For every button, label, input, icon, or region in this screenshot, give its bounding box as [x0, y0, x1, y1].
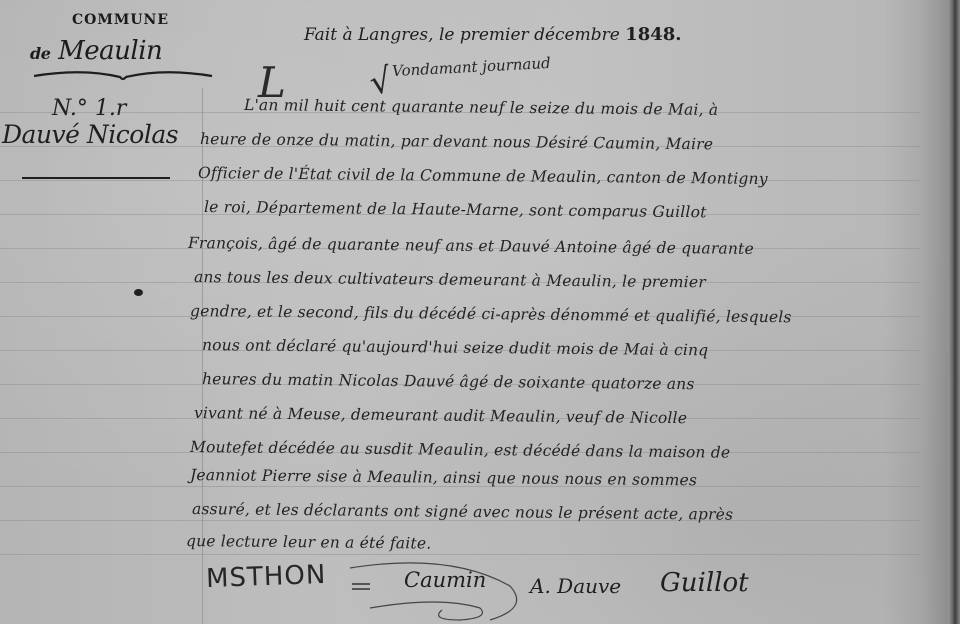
body-line: heures du matin Nicolas Dauvé âgé de soi…	[202, 370, 695, 393]
page-binding	[948, 0, 960, 624]
ink-blot	[134, 289, 143, 296]
body-line: que lecture leur en a été faite.	[186, 532, 432, 553]
ornament-divider-icon	[32, 70, 214, 84]
body-line: le roi, Département de la Haute-Marne, s…	[204, 198, 707, 221]
deceased-name: Dauvé Nicolas	[2, 120, 178, 149]
signature-declarant-dauve: A. Dauve	[530, 574, 621, 598]
body-line: heure de onze du matin, par devant nous …	[200, 130, 713, 153]
entry-number: N.° 1.r	[52, 96, 126, 121]
commune-label: COMMUNE	[72, 12, 169, 28]
name-underline	[22, 177, 170, 179]
binding-shadow	[922, 0, 948, 624]
commune-prefix: de	[30, 44, 50, 63]
body-line: François, âgé de quarante neuf ans et Da…	[188, 234, 754, 258]
body-line: gendre, et le second, fils du décédé ci-…	[190, 302, 792, 326]
body-line: nous ont déclaré qu'aujourd'hui seize du…	[202, 336, 709, 359]
commune-name: de Meaulin	[30, 36, 162, 66]
ruled-line	[0, 554, 920, 555]
marginal-annotation: Vondamant journaud	[392, 54, 551, 80]
body-line: ans tous les deux cultivateurs demeurant…	[194, 268, 706, 291]
commune-name-text: Meaulin	[58, 36, 162, 66]
signature-declarant-guillot: Guillot	[660, 568, 749, 598]
printed-heading: Fait à Langres, le premier décembre 1848…	[304, 24, 682, 45]
signature-stamp: MSTHON	[206, 560, 327, 594]
body-line: Officier de l'État civil de la Commune d…	[198, 164, 768, 188]
signature-mayor: Caumin	[404, 568, 486, 592]
body-line: vivant né à Meuse, demeurant audit Meaul…	[194, 404, 687, 427]
body-line: Moutefet décédée au susdit Meaulin, est …	[190, 438, 730, 462]
printed-year: 1848.	[625, 24, 681, 45]
body-line: L'an mil huit cent quarante neuf le seiz…	[244, 96, 718, 119]
printed-place-date: Fait à Langres, le premier décembre	[304, 25, 625, 45]
document-page: COMMUNE de Meaulin Fait à Langres, le pr…	[0, 0, 960, 624]
